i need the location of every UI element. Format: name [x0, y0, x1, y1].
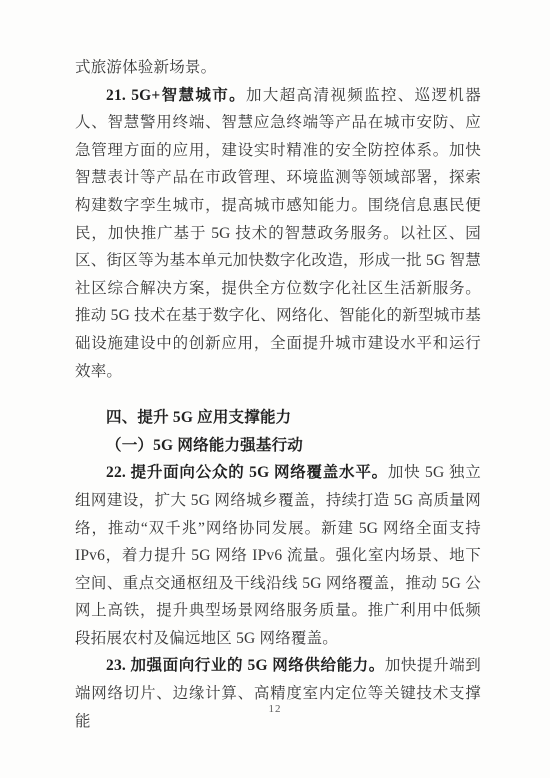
paragraph-22-text: 加快 5G 独立组网建设，扩大 5G 网络城乡覆盖，持续打造 5G 高质量网络，…	[75, 464, 481, 647]
paragraph-continuation: 式旅游体验新场景。	[75, 54, 481, 82]
paragraph-21-text: 加大超高清视频监控、巡逻机器人、智慧警用终端、智慧应急终端等产品在城市安防、应急…	[75, 87, 481, 380]
paragraph-21: 21. 5G+智慧城市。加大超高清视频监控、巡逻机器人、智慧警用终端、智慧应急终…	[75, 82, 481, 386]
subsection-heading: （一）5G 网络能力强基行动	[75, 432, 481, 460]
document-page: 式旅游体验新场景。 21. 5G+智慧城市。加大超高清视频监控、巡逻机器人、智慧…	[0, 0, 550, 778]
paragraph-text: 式旅游体验新场景。	[75, 59, 216, 76]
document-body: 式旅游体验新场景。 21. 5G+智慧城市。加大超高清视频监控、巡逻机器人、智慧…	[75, 54, 481, 735]
paragraph-22: 22. 提升面向公众的 5G 网络覆盖水平。加快 5G 独立组网建设，扩大 5G…	[75, 459, 481, 652]
page-number: 12	[0, 703, 550, 715]
paragraph-23: 23. 加强面向行业的 5G 网络供给能力。加快提升端到端网络切片、边缘计算、高…	[75, 652, 481, 735]
paragraph-22-lead: 22. 提升面向公众的 5G 网络覆盖水平。	[106, 464, 388, 481]
paragraph-21-lead: 21. 5G+智慧城市。	[106, 87, 246, 104]
paragraph-23-lead: 23. 加强面向行业的 5G 网络供给能力。	[106, 657, 385, 674]
section-heading: 四、提升 5G 应用支撑能力	[75, 404, 481, 432]
